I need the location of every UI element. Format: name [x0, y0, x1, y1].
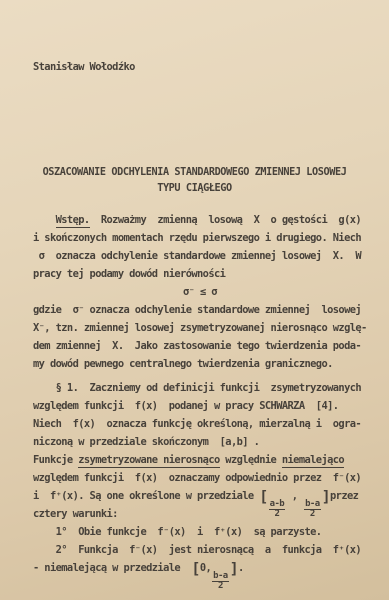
text-line: dem zmiennej X. Jako zastosowanie tego t…	[33, 337, 367, 355]
bracket: ]	[230, 560, 238, 578]
fraction-denominator: 2	[309, 510, 316, 519]
text-segment: i skończonych momentach rzędu pierwszego…	[33, 232, 361, 244]
text-line: gdzie σ⁻ oznacza odchylenie standardowe …	[33, 301, 367, 319]
text-line: i f⁺(x). Są one określone w przedziale […	[33, 487, 367, 505]
fraction-denominator: 2	[273, 510, 280, 519]
text-segment: 0,	[200, 562, 211, 574]
text-line: niczoną w przedziale skończonym [a,b] .	[33, 433, 367, 451]
text-segment: σ oznacza odchylenie standardowe zmienne…	[33, 250, 361, 262]
bracket: ]	[322, 488, 330, 506]
bracket: [	[191, 560, 199, 578]
text-line: my dowód pewnego centralnego twierdzenia…	[33, 355, 367, 373]
underlined-text: Wstęp.	[56, 214, 90, 228]
text-line: Niech f(x) oznacza funkcję określoną, mi…	[33, 415, 367, 433]
bracket: [	[259, 488, 267, 506]
text-segment: względem funkcji f(x) podanej w pracy SC…	[33, 400, 338, 412]
text-line: Funkcje zsymetryzowane nierosnąco względ…	[33, 451, 367, 469]
text-segment: cztery warunki:	[33, 508, 118, 520]
author-name: Stanisław Wołodźko	[33, 61, 135, 73]
text-line: względem funkcji f(x) podanej w pracy SC…	[33, 397, 367, 415]
text-segment: dem zmiennej X. Jako zastosowanie tego t…	[33, 340, 361, 352]
text-segment: .	[238, 562, 244, 574]
text-segment: względnie	[220, 454, 282, 466]
text-segment: przez	[330, 490, 358, 502]
underlined-text: zsymetryzowane nierosnąco	[78, 454, 219, 468]
fraction: a-b2	[269, 500, 285, 520]
scanned-paper-page: Stanisław Wołodźko OSZACOWANIE ODCHYLENI…	[0, 0, 389, 600]
text-segment: względem funkcji f(x) oznaczamy odpowied…	[33, 472, 361, 484]
text-segment: Niech f(x) oznacza funkcję określoną, mi…	[33, 418, 361, 430]
text-segment: - niemalejącą w przedziale	[33, 562, 191, 574]
paper-title: OSZACOWANIE ODCHYLENIA STANDARDOWEGO ZMI…	[0, 165, 389, 197]
paper-title-line2: TYPU CIĄGŁEGO	[0, 181, 389, 197]
text-segment: Funkcje	[33, 454, 78, 466]
text-line: σ⁻ ≤ σ	[33, 283, 367, 301]
text-line: względem funkcji f(x) oznaczamy odpowied…	[33, 469, 367, 487]
text-segment: my dowód pewnego centralnego twierdzenia…	[33, 358, 333, 370]
text-segment: gdzie σ⁻ oznacza odchylenie standardowe …	[33, 304, 361, 316]
text-line: i skończonych momentach rzędu pierwszego…	[33, 229, 367, 247]
paper-title-line1: OSZACOWANIE ODCHYLENIA STANDARDOWEGO ZMI…	[0, 165, 389, 181]
text-segment: § 1. Zaczniemy od definicji funkcji zsym…	[33, 382, 361, 394]
text-line: X⁻, tzn. zmiennej losowej zsymetryzowane…	[33, 319, 367, 337]
text-line: - niemalejącą w przedziale [0,b-a2].	[33, 559, 367, 577]
text-line: 1° Obie funkcje f⁻(x) i f⁺(x) są parzyst…	[33, 523, 367, 541]
underlined-text: niemalejąco	[282, 454, 344, 468]
text-line: 2° Funkcja f⁻(x) jest nierosnącą a funkc…	[33, 541, 367, 559]
fraction-denominator: 2	[217, 582, 224, 591]
text-segment: X⁻, tzn. zmiennej losowej zsymetryzowane…	[33, 322, 367, 334]
text-segment: 1° Obie funkcje f⁻(x) i f⁺(x) są parzyst…	[33, 526, 321, 538]
body-text: Wstęp. Rozważmy zmienną losową X o gęsto…	[33, 211, 367, 577]
fraction: b-a2	[212, 572, 228, 592]
text-segment: σ⁻ ≤ σ	[183, 286, 217, 298]
text-line: pracy tej podamy dowód nierówności	[33, 265, 367, 283]
text-segment: 2° Funkcja f⁻(x) jest nierosnącą a funkc…	[33, 544, 361, 556]
text-line: Wstęp. Rozważmy zmienną losową X o gęsto…	[33, 211, 367, 229]
text-segment: pracy tej podamy dowód nierówności	[33, 268, 225, 280]
fraction: b-a2	[304, 500, 320, 520]
text-line: § 1. Zaczniemy od definicji funkcji zsym…	[33, 379, 367, 397]
text-segment	[33, 214, 56, 226]
text-segment: Rozważmy zmienną losową X o gęstości g(x…	[90, 214, 361, 226]
text-segment: niczoną w przedziale skończonym [a,b] .	[33, 436, 259, 448]
text-line: σ oznacza odchylenie standardowe zmienne…	[33, 247, 367, 265]
text-segment: i f⁺(x). Są one określone w przedziale	[33, 490, 259, 502]
text-segment: ,	[286, 490, 303, 502]
